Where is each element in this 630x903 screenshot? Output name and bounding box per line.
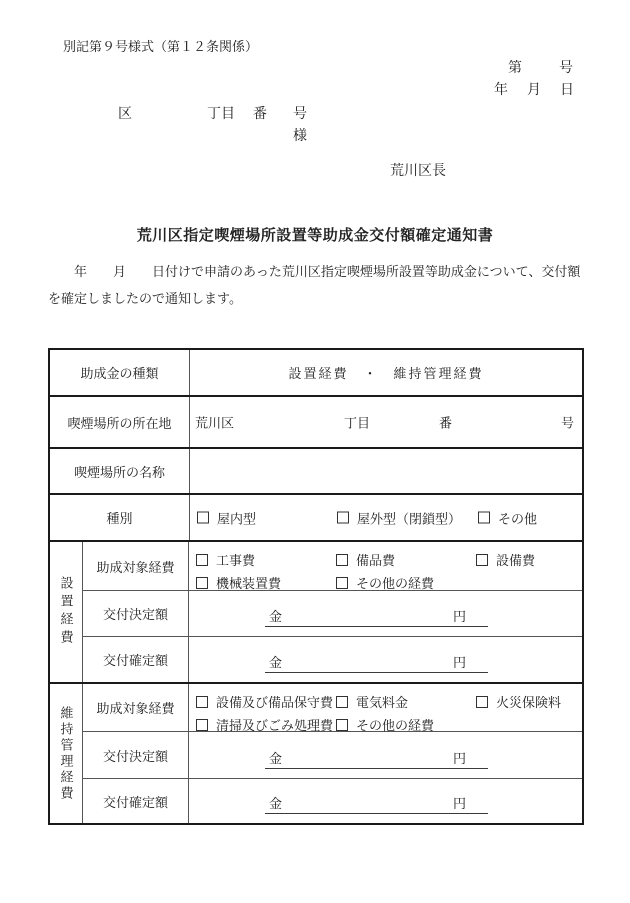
date-line: 年 月 日 — [494, 79, 574, 99]
checkbox-option-outdoor-closed[interactable]: 屋外型（閉鎖型） — [337, 508, 461, 527]
address-ban: 番 — [253, 103, 267, 123]
row-eligible-expenses: 助成対象経費 設備及び備品保守費 電気料金 火災保険料 — [83, 684, 582, 731]
checkbox-label: 屋内型 — [217, 508, 256, 527]
section-name-cell: 維持管理経費 — [50, 684, 83, 823]
address-ward: 区 — [118, 103, 132, 123]
section-name-cell: 設置経費 — [50, 542, 83, 682]
checkbox-option-fixtures[interactable]: 備品費 — [336, 550, 395, 569]
address-go: 号 — [293, 103, 307, 123]
checkbox-option-construction[interactable]: 工事費 — [196, 550, 255, 569]
checkbox-label: 設備及び備品保守費 — [216, 692, 333, 711]
checkbox-option-other-expenses[interactable]: その他の経費 — [336, 573, 434, 592]
checkbox-option-electricity[interactable]: 電気料金 — [336, 692, 408, 711]
checkbox-option-indoor[interactable]: 屋内型 — [197, 508, 256, 527]
checkbox-option-other[interactable]: その他 — [478, 508, 537, 527]
section-maintenance-expenses: 維持管理経費 助成対象経費 設備及び備品保守費 電気料金 — [50, 682, 582, 823]
checkbox-icon[interactable] — [337, 512, 349, 524]
checkbox-icon[interactable] — [196, 696, 208, 708]
checkbox-label: その他 — [498, 508, 537, 527]
category-options: 屋内型 屋外型（閉鎖型） その他 — [190, 495, 582, 540]
confirmed-amount-label: 交付確定額 — [83, 779, 189, 823]
checkbox-label: 設備費 — [496, 550, 535, 569]
row-decided-amount: 交付決定額 金 円 — [83, 590, 582, 636]
body-line2: 確定しましたので通知します。 — [61, 291, 242, 306]
decided-amount-field: 金 円 — [189, 732, 582, 778]
document-title: 荒川区指定喫煙場所設置等助成金交付額確定通知書 — [0, 224, 630, 245]
amount-prefix: 金 — [269, 652, 282, 671]
amount-suffix: 円 — [453, 793, 466, 812]
decided-amount-field: 金 円 — [189, 591, 582, 636]
checkbox-option-equipment[interactable]: 設備費 — [476, 550, 535, 569]
section-body: 助成対象経費 設備及び備品保守費 電気料金 火災保険料 — [83, 684, 582, 823]
row-confirmed-amount: 交付確定額 金 円 — [83, 636, 582, 682]
amount-suffix: 円 — [453, 652, 466, 671]
amount-prefix: 金 — [269, 606, 282, 625]
row-confirmed-amount: 交付確定額 金 円 — [83, 778, 582, 823]
row-category: 種別 屋内型 屋外型（閉鎖型） その他 — [50, 493, 582, 540]
checkbox-label: 屋外型（閉鎖型） — [357, 508, 461, 527]
location-go: 号 — [561, 413, 574, 432]
doc-no-suffix: 号 — [559, 57, 573, 77]
checkbox-icon[interactable] — [336, 554, 348, 566]
amount-blank-line: 金 円 — [265, 793, 488, 814]
row-location: 喫煙場所の所在地 荒川区 丁目 番 号 — [50, 395, 582, 447]
location-label: 喫煙場所の所在地 — [50, 397, 190, 447]
amount-prefix: 金 — [269, 793, 282, 812]
document-number-line: 第 号 — [508, 57, 573, 77]
amount-blank-line: 金 円 — [265, 748, 488, 769]
checkbox-option-machinery[interactable]: 機械装置費 — [196, 573, 281, 592]
checkbox-icon[interactable] — [336, 696, 348, 708]
checkbox-icon[interactable] — [196, 554, 208, 566]
confirmed-amount-field: 金 円 — [189, 779, 582, 823]
checkbox-option-fire-insurance[interactable]: 火災保険料 — [476, 692, 561, 711]
checkbox-icon[interactable] — [336, 719, 348, 731]
checkbox-icon[interactable] — [196, 719, 208, 731]
date-year: 年 — [494, 79, 508, 99]
decided-amount-label: 交付決定額 — [83, 591, 189, 636]
amount-suffix: 円 — [453, 748, 466, 767]
row-place-name: 喫煙場所の名称 — [50, 447, 582, 493]
doc-no-prefix: 第 — [508, 57, 522, 77]
section-name: 設置経費 — [60, 576, 73, 648]
form-number: 別記第９号様式（第１２条関係） — [63, 36, 258, 55]
amount-blank-line: 金 円 — [265, 652, 488, 673]
section-name: 維持管理経費 — [60, 706, 73, 802]
confirmed-amount-field: 金 円 — [189, 637, 582, 682]
amount-blank-line: 金 円 — [265, 606, 488, 627]
section-body: 助成対象経費 工事費 備品費 設備費 — [83, 542, 582, 682]
eligible-expenses-options: 工事費 備品費 設備費 機械装置費 — [189, 542, 582, 590]
row-decided-amount: 交付決定額 金 円 — [83, 731, 582, 778]
sender-name: 荒川区長 — [390, 160, 446, 180]
eligible-expenses-label: 助成対象経費 — [83, 684, 189, 731]
checkbox-icon[interactable] — [476, 696, 488, 708]
row-eligible-expenses: 助成対象経費 工事費 備品費 設備費 — [83, 542, 582, 590]
notice-document-page: 別記第９号様式（第１２条関係） 第 号 年 月 日 区 丁目 番 号 様 荒川区… — [0, 0, 630, 903]
category-label: 種別 — [50, 495, 190, 540]
checkbox-label: 火災保険料 — [496, 692, 561, 711]
body-paragraph: 年 月 日付けで申請のあった荒川区指定喫煙場所設置等助成金について、交付額を確定… — [48, 258, 585, 312]
checkbox-label: 電気料金 — [356, 692, 408, 711]
eligible-expenses-options: 設備及び備品保守費 電気料金 火災保険料 清掃及びごみ処理費 — [189, 684, 582, 731]
decided-amount-label: 交付決定額 — [83, 732, 189, 778]
location-chome: 丁目 — [344, 413, 370, 432]
amount-prefix: 金 — [269, 748, 282, 767]
location-ban: 番 — [439, 413, 452, 432]
location-ward: 荒川区 — [195, 413, 234, 432]
place-name-value — [190, 449, 582, 493]
subsidy-type-label: 助成金の種類 — [50, 350, 190, 395]
row-subsidy-type: 助成金の種類 設置経費 ・ 維持管理経費 — [50, 350, 582, 395]
checkbox-icon[interactable] — [197, 512, 209, 524]
date-day: 日 — [560, 79, 574, 99]
amount-suffix: 円 — [453, 606, 466, 625]
address-chome: 丁目 — [207, 103, 235, 123]
eligible-expenses-label: 助成対象経費 — [83, 542, 189, 590]
subsidy-form-table: 助成金の種類 設置経費 ・ 維持管理経費 喫煙場所の所在地 荒川区 丁目 番 号… — [48, 348, 584, 825]
checkbox-option-equipment-maintenance[interactable]: 設備及び備品保守費 — [196, 692, 333, 711]
checkbox-label: 備品費 — [356, 550, 395, 569]
checkbox-label: 工事費 — [216, 550, 255, 569]
checkbox-label: 機械装置費 — [216, 573, 281, 592]
section-installation-expenses: 設置経費 助成対象経費 工事費 備品費 — [50, 540, 582, 682]
checkbox-icon[interactable] — [478, 512, 490, 524]
subsidy-type-value: 設置経費 ・ 維持管理経費 — [190, 350, 582, 395]
location-value: 荒川区 丁目 番 号 — [190, 397, 582, 447]
checkbox-icon[interactable] — [196, 577, 208, 589]
checkbox-icon[interactable] — [336, 577, 348, 589]
date-month: 月 — [527, 79, 541, 99]
place-name-label: 喫煙場所の名称 — [50, 449, 190, 493]
checkbox-label: その他の経費 — [356, 573, 434, 592]
checkbox-icon[interactable] — [476, 554, 488, 566]
confirmed-amount-label: 交付確定額 — [83, 637, 189, 682]
recipient-honorific: 様 — [293, 125, 307, 145]
